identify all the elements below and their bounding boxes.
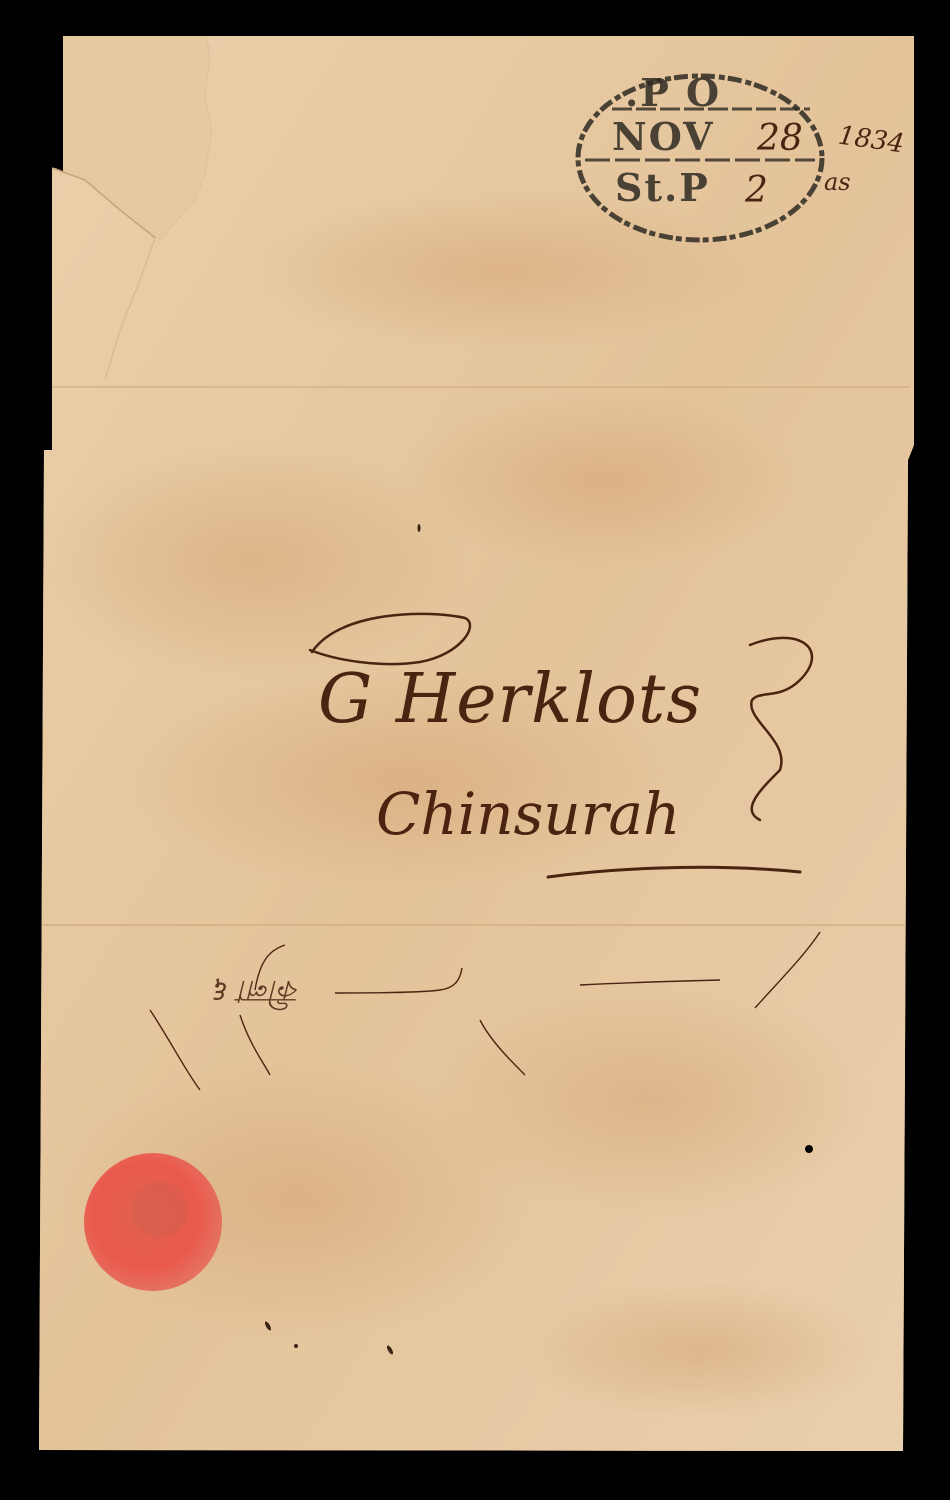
- wax-seal: [84, 1153, 222, 1291]
- postmark-handwritten-day: 28: [757, 118, 803, 159]
- document-scan: [0, 0, 950, 1500]
- postmark-month: NOV: [612, 114, 715, 159]
- margin-note: as: [824, 168, 851, 196]
- address-name: G Herklots: [318, 660, 702, 739]
- postmark-top-line: .P O: [625, 70, 721, 115]
- pinhole-dot: [805, 1145, 813, 1153]
- postmark-bottom-line: St.P: [615, 165, 710, 210]
- address-place: Chinsurah: [376, 780, 680, 848]
- inverted-docket: কীলা ६: [214, 964, 300, 1015]
- postmark-handwritten-number: 2: [745, 170, 768, 211]
